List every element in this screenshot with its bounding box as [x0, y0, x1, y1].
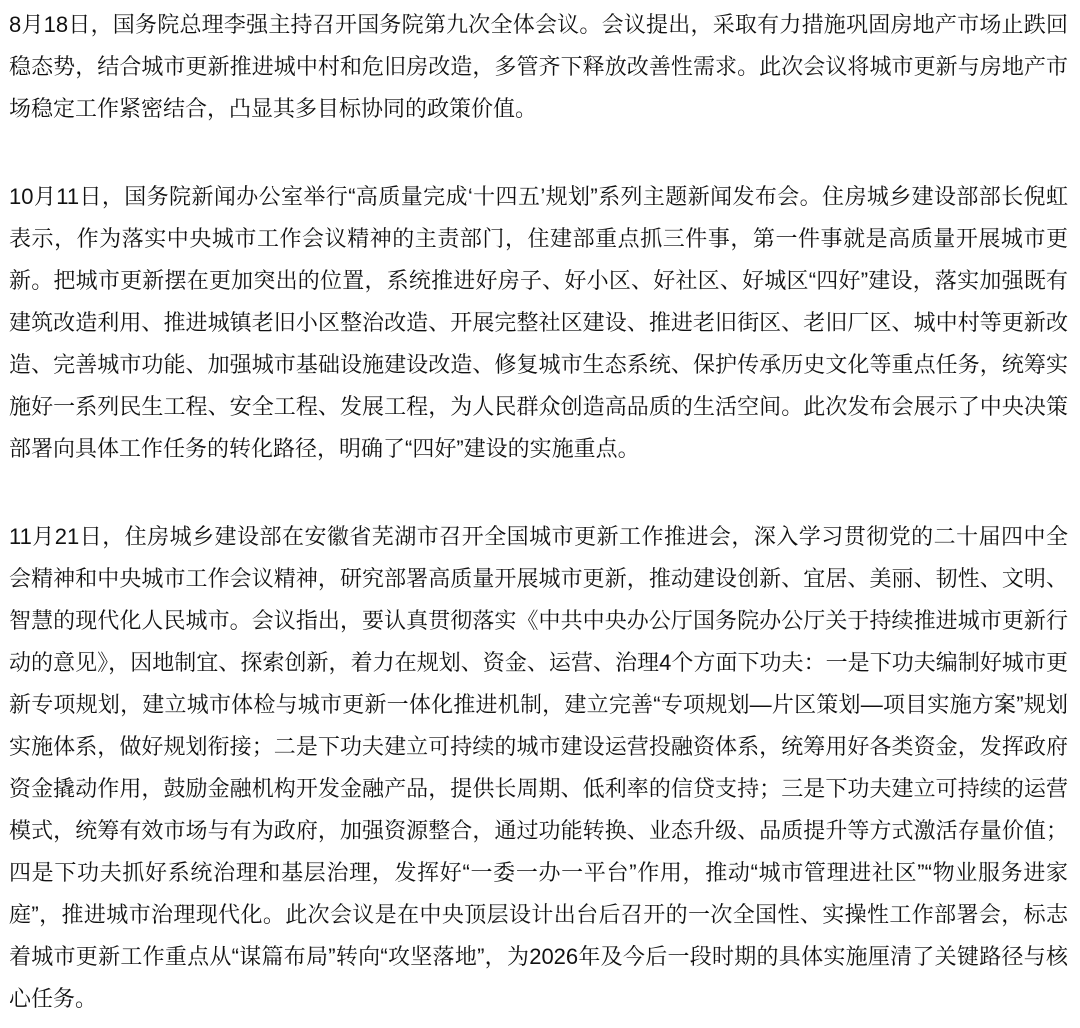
- paragraph-august-state-council-meeting: 8月18日，国务院总理李强主持召开国务院第九次全体会议。会议提出，采取有力措施巩…: [9, 4, 1068, 130]
- document-page: 8月18日，国务院总理李强主持召开国务院第九次全体会议。会议提出，采取有力措施巩…: [0, 0, 1080, 1028]
- paragraph-october-press-conference: 10月11日，国务院新闻办公室举行“高质量完成‘十四五’规划”系列主题新闻发布会…: [9, 176, 1068, 470]
- paragraph-november-wuhu-work-conference: 11月21日，住房城乡建设部在安徽省芜湖市召开全国城市更新工作推进会，深入学习贯…: [9, 516, 1068, 1020]
